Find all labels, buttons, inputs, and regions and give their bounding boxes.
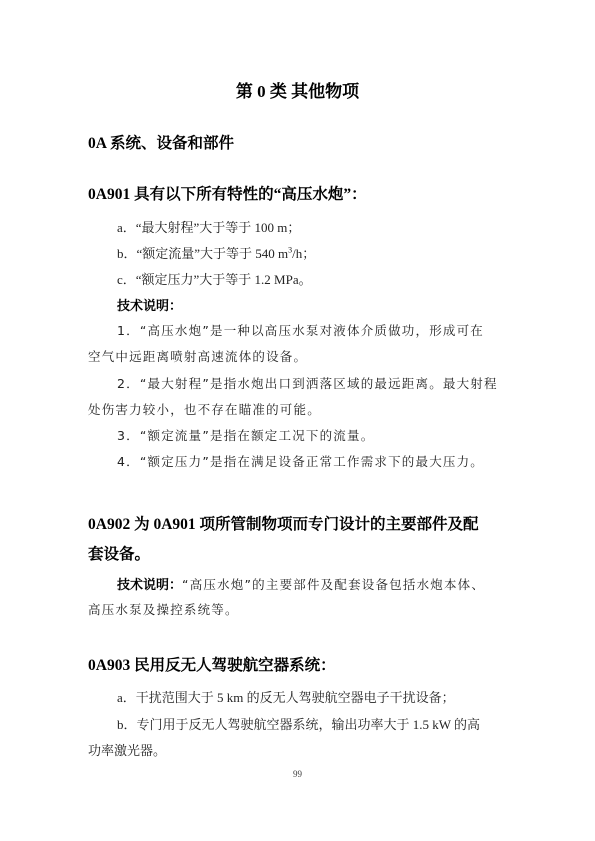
item-0a902-heading-line1: 0A902 为 0A901 项所管制物项而专门设计的主要部件及配 bbox=[88, 512, 479, 534]
page-title: 第 0 类 其他物项 bbox=[0, 77, 595, 102]
note-line: 3．“额定流量”是指在额定工况下的流量。 bbox=[117, 426, 374, 444]
note-line: 2．“最大射程”是指水炮出口到洒落区域的最远距离。最大射程 bbox=[117, 374, 498, 392]
criterion-b-continued: 功率激光器。 bbox=[88, 740, 166, 759]
tech-note-label: 技术说明： bbox=[117, 577, 182, 592]
criterion-b: b．专门用于反无人驾驶航空器系统，输出功率大于 1.5 kW 的高 bbox=[117, 714, 480, 733]
tech-note-label: 技术说明： bbox=[117, 295, 182, 314]
note-text: “高压水炮”的主要部件及配套设备包括水炮本体、 bbox=[182, 577, 485, 592]
criterion-c: c．“额定压力”大于等于 1.2 MPa。 bbox=[117, 269, 312, 288]
criterion-a: a．“最大射程”大于等于 100 m； bbox=[117, 217, 300, 236]
criterion-b-tail: /h； bbox=[292, 246, 315, 261]
section-heading: 0A 系统、设备和部件 bbox=[88, 131, 234, 153]
item-0a902-heading-line2: 套设备。 bbox=[88, 542, 150, 564]
note-line: 处伤害力较小，也不存在瞄准的可能。 bbox=[88, 400, 321, 418]
note-line: 4．“额定压力”是指在满足设备正常工作需求下的最大压力。 bbox=[117, 452, 484, 470]
page-number: 99 bbox=[0, 769, 595, 779]
item-0a903-heading: 0A903 民用反无人驾驶航空器系统： bbox=[88, 653, 336, 675]
criterion-b-text: b．“额定流量”大于等于 540 m bbox=[117, 246, 288, 261]
note-line: 空气中远距离喷射高速流体的设备。 bbox=[88, 347, 307, 365]
criterion-b: b．“额定流量”大于等于 540 m3/h； bbox=[117, 243, 315, 262]
note-line: 1．“高压水炮”是一种以高压水泵对液体介质做功，形成可在 bbox=[117, 321, 484, 339]
criterion-a: a．干扰范围大于 5 km 的反无人驾驶航空器电子干扰设备； bbox=[117, 687, 455, 706]
item-0a902-note: 技术说明：“高压水炮”的主要部件及配套设备包括水炮本体、 bbox=[117, 574, 485, 594]
item-0a901-heading: 0A901 具有以下所有特性的“高压水炮”： bbox=[88, 182, 367, 204]
note-line: 高压水泵及操控系统等。 bbox=[88, 600, 239, 618]
